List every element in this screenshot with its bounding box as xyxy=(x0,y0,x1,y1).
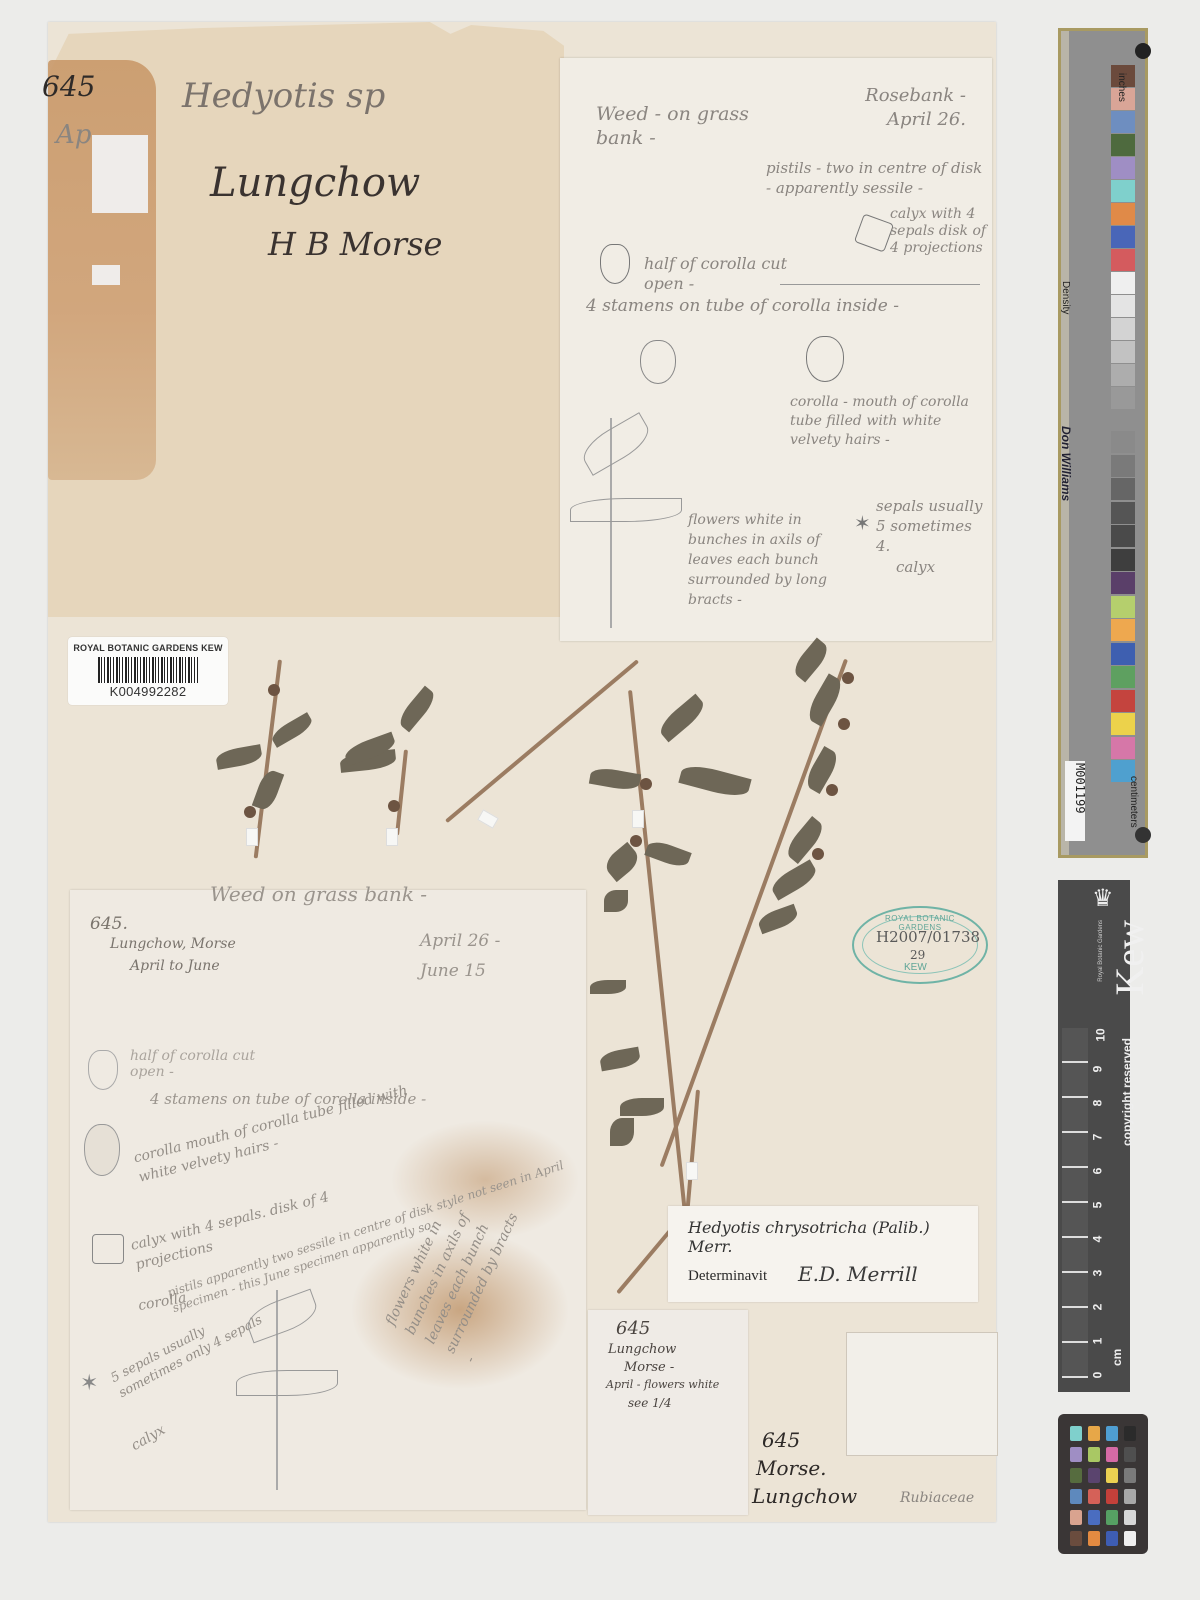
checker-chip xyxy=(1070,1426,1082,1441)
color-swatch xyxy=(1111,737,1135,759)
checker-chip xyxy=(1124,1468,1136,1483)
cm-tick-label: 8 xyxy=(1090,1100,1104,1107)
checker-chip xyxy=(1106,1489,1118,1504)
field-notes-sheet-bottom: Weed on grass bank - 645. Lungchow, Mors… xyxy=(70,890,586,1510)
checker-chip xyxy=(1088,1426,1100,1441)
cm-tick-label: 4 xyxy=(1090,1236,1104,1243)
corolla-sketch-icon xyxy=(84,1124,120,1176)
kew-crest-icon: ♛ xyxy=(1092,884,1114,913)
checker-chip xyxy=(1070,1510,1082,1525)
color-swatch xyxy=(1111,690,1135,712)
notes-flowers: flowers white in bunches in axils of lea… xyxy=(688,510,838,610)
ruler-brand: Don Williams xyxy=(1059,426,1073,501)
checker-chip xyxy=(1088,1468,1100,1483)
notes-habitat: Weed on grass bank - xyxy=(210,882,427,906)
color-swatch xyxy=(1111,387,1135,409)
checker-chip xyxy=(1070,1468,1082,1483)
ruler-hole xyxy=(1135,827,1151,843)
checker-chip xyxy=(1088,1531,1100,1546)
cm-tick-label: 5 xyxy=(1090,1202,1104,1209)
notes-calyx-label: calyx xyxy=(128,1422,168,1454)
cm-tick-label: 3 xyxy=(1090,1270,1104,1277)
barcode xyxy=(98,657,198,683)
notes-period: April to June xyxy=(130,958,220,974)
notes-place-date: Rosebank - April 26. xyxy=(846,84,966,132)
color-calibration-ruler: inches Density Don Williams M001199 cent… xyxy=(1058,28,1148,858)
kew-scale-bar: ♛ Kew Royal Botanic Gardens 012345678910… xyxy=(1058,880,1130,1392)
accession-stamp: ROYAL BOTANIC GARDENS H2007/01738 29 KEW xyxy=(852,906,988,984)
half-corolla-sketch-icon xyxy=(600,244,630,284)
fragment-packet xyxy=(846,1332,998,1456)
color-swatch xyxy=(1111,431,1135,453)
cm-tick-label: 1 xyxy=(1090,1338,1104,1345)
color-swatch xyxy=(1111,341,1135,363)
notes-dates: April 26 - June 15 xyxy=(420,926,530,986)
ruler-density-label: Density xyxy=(1060,281,1071,314)
kew-subtitle: Royal Botanic Gardens xyxy=(1098,920,1104,982)
checker-chip xyxy=(1124,1426,1136,1441)
slip-number: 645 xyxy=(616,1318,650,1339)
notes-number: 645. xyxy=(90,914,128,934)
notes-calyx-label: calyx xyxy=(896,558,935,576)
notes-pistils: pistils - two in centre of disk - appare… xyxy=(766,158,986,198)
color-swatch xyxy=(1111,203,1135,225)
slip-collector: Morse - xyxy=(624,1360,674,1375)
color-swatch xyxy=(1111,157,1135,179)
color-swatch xyxy=(1111,318,1135,340)
collector-slip: 645 Lungchow Morse - April - flowers whi… xyxy=(588,1310,748,1515)
color-swatch xyxy=(1111,272,1135,294)
checker-chip xyxy=(1124,1489,1136,1504)
determination-label: Hedyotis chrysotricha (Palib.) Merr. Det… xyxy=(668,1206,978,1302)
determiner-signature: E.D. Merrill xyxy=(798,1262,918,1286)
sheet-locality: Lungchow xyxy=(752,1484,857,1508)
notes-calyx: calyx with 4 sepals disk of 4 projection… xyxy=(890,206,990,257)
packet-collector: H B Morse xyxy=(268,225,442,263)
divider-line xyxy=(780,284,980,285)
color-swatch xyxy=(1111,525,1135,547)
plant-sketch-leaf xyxy=(570,498,682,522)
checker-chip xyxy=(1088,1447,1100,1462)
paper-repair-patch xyxy=(92,265,120,285)
checker-chip xyxy=(1124,1510,1136,1525)
plant-sketch-leaf xyxy=(236,1370,338,1396)
sepal-star-sketch-icon: ✶ xyxy=(854,511,871,536)
color-swatch xyxy=(1111,180,1135,202)
stamp-number: H2007/01738 xyxy=(876,928,980,946)
notes-locality: Lungchow, Morse xyxy=(110,936,236,952)
stamp-sub-number: 29 xyxy=(910,948,925,962)
slip-note: April - flowers white xyxy=(606,1378,746,1391)
corolla-flower-sketch-icon xyxy=(806,336,844,382)
color-swatch xyxy=(1111,478,1135,500)
cm-tick-label: 2 xyxy=(1090,1304,1104,1311)
slip-locality: Lungchow xyxy=(608,1342,676,1357)
cm-tick-label: 6 xyxy=(1090,1168,1104,1175)
barcode-label: ROYAL BOTANIC GARDENS KEW K004992282 xyxy=(68,637,228,705)
color-swatch xyxy=(1111,226,1135,248)
ruler-bottom-label: centimeters xyxy=(1128,776,1139,828)
checker-chip xyxy=(1124,1447,1136,1462)
color-swatch xyxy=(1111,111,1135,133)
packet-collection-number: 645 xyxy=(42,70,95,103)
checker-chip xyxy=(1070,1447,1082,1462)
checker-chip xyxy=(1106,1531,1118,1546)
color-swatch xyxy=(1111,572,1135,594)
calyx-sketch-icon xyxy=(92,1234,124,1264)
checker-chip xyxy=(1106,1468,1118,1483)
cm-tick-label: 9 xyxy=(1090,1066,1104,1073)
calyx-sketch-icon xyxy=(854,213,894,252)
color-swatch xyxy=(1111,502,1135,524)
color-swatch xyxy=(1111,455,1135,477)
sheet-number: 645 xyxy=(762,1428,800,1452)
sepal-star-sketch-icon: ✶ xyxy=(80,1370,98,1396)
ruler-top-label: inches xyxy=(1116,73,1127,102)
cm-scale-blocks xyxy=(1062,1028,1088,1378)
determinavit-label: Determinavit xyxy=(688,1268,767,1285)
institution-name: ROYAL BOTANIC GARDENS KEW xyxy=(68,643,228,653)
cm-tick-label: 0 xyxy=(1090,1372,1104,1379)
checker-chip xyxy=(1124,1531,1136,1546)
color-swatch xyxy=(1111,619,1135,641)
ruler-hole xyxy=(1135,43,1151,59)
notes-stamens: 4 stamens on tube of corolla inside - xyxy=(586,296,986,316)
color-swatch xyxy=(1111,596,1135,618)
cm-unit-label: cm xyxy=(1110,1349,1124,1366)
checker-chip xyxy=(1106,1426,1118,1441)
checker-chip xyxy=(1106,1510,1118,1525)
color-checker-card xyxy=(1058,1414,1148,1554)
packet-taxon-name: Hedyotis sp xyxy=(182,76,385,116)
paper-repair-patch xyxy=(92,135,148,213)
barcode-number: K004992282 xyxy=(68,684,228,699)
notes-habitat: Weed - on grass bank - xyxy=(596,102,796,150)
notes-half-corolla: half of corolla cut open - xyxy=(644,254,794,294)
notes-sepals: sepals usually 5 sometimes 4. xyxy=(876,496,986,556)
color-swatch xyxy=(1111,134,1135,156)
copyright-text: copyright reserved xyxy=(1120,1038,1134,1146)
packet-margin-note: Ap xyxy=(56,120,91,150)
color-swatch xyxy=(1111,713,1135,735)
determined-taxon: Hedyotis chrysotricha (Palib.) Merr. xyxy=(688,1218,968,1256)
kew-logo: Kew xyxy=(1106,920,1153,996)
packet-locality: Lungchow xyxy=(210,160,420,206)
stamp-place: KEW xyxy=(904,962,927,973)
field-notes-sheet-top: Weed - on grass bank - Rosebank - April … xyxy=(560,58,992,641)
ruler-id: M001199 xyxy=(1073,763,1087,814)
checker-chip xyxy=(1070,1531,1082,1546)
cm-tick-label: 7 xyxy=(1090,1134,1104,1141)
color-swatch xyxy=(1111,364,1135,386)
notes-corolla: corolla - mouth of corolla tube filled w… xyxy=(790,393,970,450)
half-corolla-sketch-icon xyxy=(88,1050,118,1090)
color-swatch xyxy=(1111,549,1135,571)
checker-chip xyxy=(1088,1510,1100,1525)
family-annotation: Rubiaceae xyxy=(900,1490,974,1506)
color-swatch xyxy=(1111,643,1135,665)
color-swatch xyxy=(1111,249,1135,271)
notes-half-corolla: half of corolla cut open - xyxy=(130,1048,260,1080)
cm-tick-label: 10 xyxy=(1094,1028,1108,1041)
checker-chip xyxy=(1106,1447,1118,1462)
color-swatch xyxy=(1111,295,1135,317)
plant-sketch-leaf xyxy=(577,412,655,476)
color-swatch xyxy=(1111,666,1135,688)
sheet-collector: Morse. xyxy=(756,1456,827,1480)
checker-chip xyxy=(1070,1489,1082,1504)
corolla-sketch-icon xyxy=(640,340,676,384)
cm-tick-labels: 012345678910 xyxy=(1094,1028,1114,1378)
checker-chip xyxy=(1088,1489,1100,1504)
slip-ref: see 1/4 xyxy=(628,1396,672,1410)
